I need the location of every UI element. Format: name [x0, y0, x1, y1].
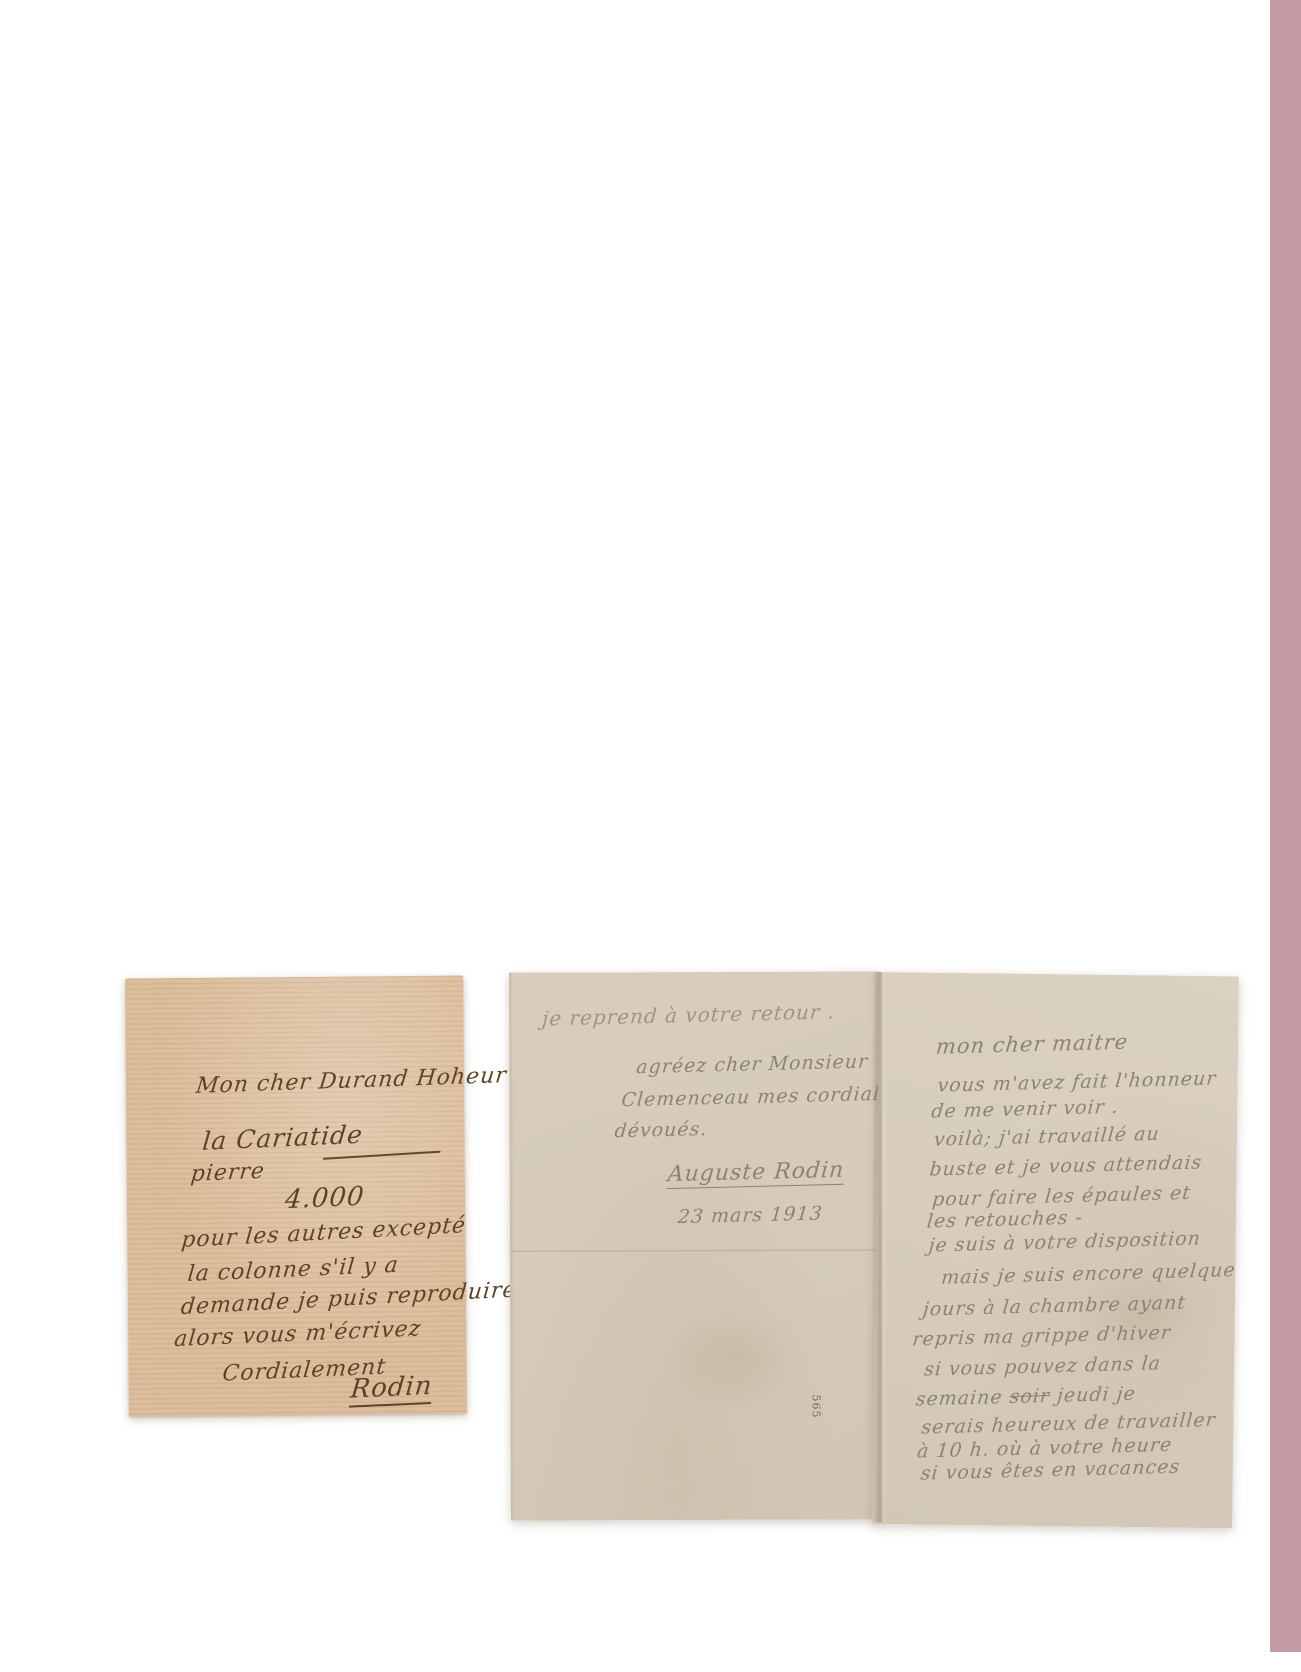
letter-large-body-line: je suis à votre disposition — [928, 1227, 1202, 1256]
letter-large-body-line: voilà; j'ai travaillé au — [933, 1123, 1161, 1151]
letter-large-body-line: de me venir voir . — [930, 1096, 1120, 1123]
letter-small: Mon cher Durand Hoheur la Cariatide pier… — [125, 976, 467, 1417]
letter-small-line: alors vous m'écrivez — [173, 1316, 422, 1352]
letter-small-salutation: Mon cher Durand Hoheur — [195, 1063, 508, 1099]
letter-small-line: pierre — [190, 1159, 267, 1187]
paper-stain — [1074, 1264, 1205, 1366]
pen-flourish — [323, 1151, 441, 1160]
letter-large-date: 23 mars 1913 — [677, 1202, 824, 1228]
letter-large-body-line: si vous êtes en vacances — [920, 1456, 1181, 1485]
letter-large-body-line: buste et je vous attendais — [929, 1151, 1204, 1180]
letter-small-amount: 4.000 — [284, 1182, 366, 1216]
letter-large-body-line: les retouches - — [926, 1206, 1084, 1232]
letter-large-body-line: à 10 h. où à votre heure — [916, 1434, 1173, 1463]
letter-small-signature: Rodin — [349, 1371, 434, 1405]
letter-large: je reprend à votre retour . agréez cher … — [510, 972, 1235, 1524]
page-edge — [509, 973, 515, 1521]
letter-large-body-line-struck: semaine soir jeudi je — [915, 1383, 1137, 1411]
letter-large-body-line: vous m'avez fait l'honneur — [937, 1067, 1218, 1096]
letter-large-body-line: serais heureux de travailler — [920, 1409, 1216, 1439]
letter-small-line: la colonne s'il y a — [186, 1253, 400, 1287]
paper-stain — [660, 1302, 810, 1413]
letter-small-closing: Cordialement — [221, 1354, 387, 1386]
inventory-number: 565 — [810, 1395, 823, 1419]
letter-large-body-line: pour faire les épaules et — [931, 1182, 1192, 1211]
letter-large-left-page: je reprend à votre retour . agréez cher … — [509, 971, 881, 1520]
letter-small-line: pour les autres excepté — [180, 1213, 467, 1253]
letter-large-signature: Auguste Rodin — [667, 1158, 846, 1187]
struck-word: soir — [1009, 1385, 1051, 1408]
fold-crease — [512, 1249, 878, 1253]
accent-bar — [1270, 0, 1301, 1652]
letter-large-closing-line: dévoués. — [614, 1118, 709, 1142]
letter-large-right-page: mon cher maitre vous m'avez fait l'honne… — [872, 972, 1239, 1528]
letter-small-line: la Cariatide — [201, 1120, 364, 1156]
catalog-page: { "page": { "background_color": "#ffffff… — [0, 0, 1301, 1672]
letter-small-line: demande je puis reproduire — [180, 1277, 518, 1320]
letter-large-salutation: mon cher maitre — [935, 1030, 1130, 1059]
letter-large-annotation: je reprend à votre retour . — [541, 999, 836, 1030]
letter-large-closing-line: agréez cher Monsieur — [635, 1051, 869, 1079]
fold-gutter — [872, 972, 888, 1522]
